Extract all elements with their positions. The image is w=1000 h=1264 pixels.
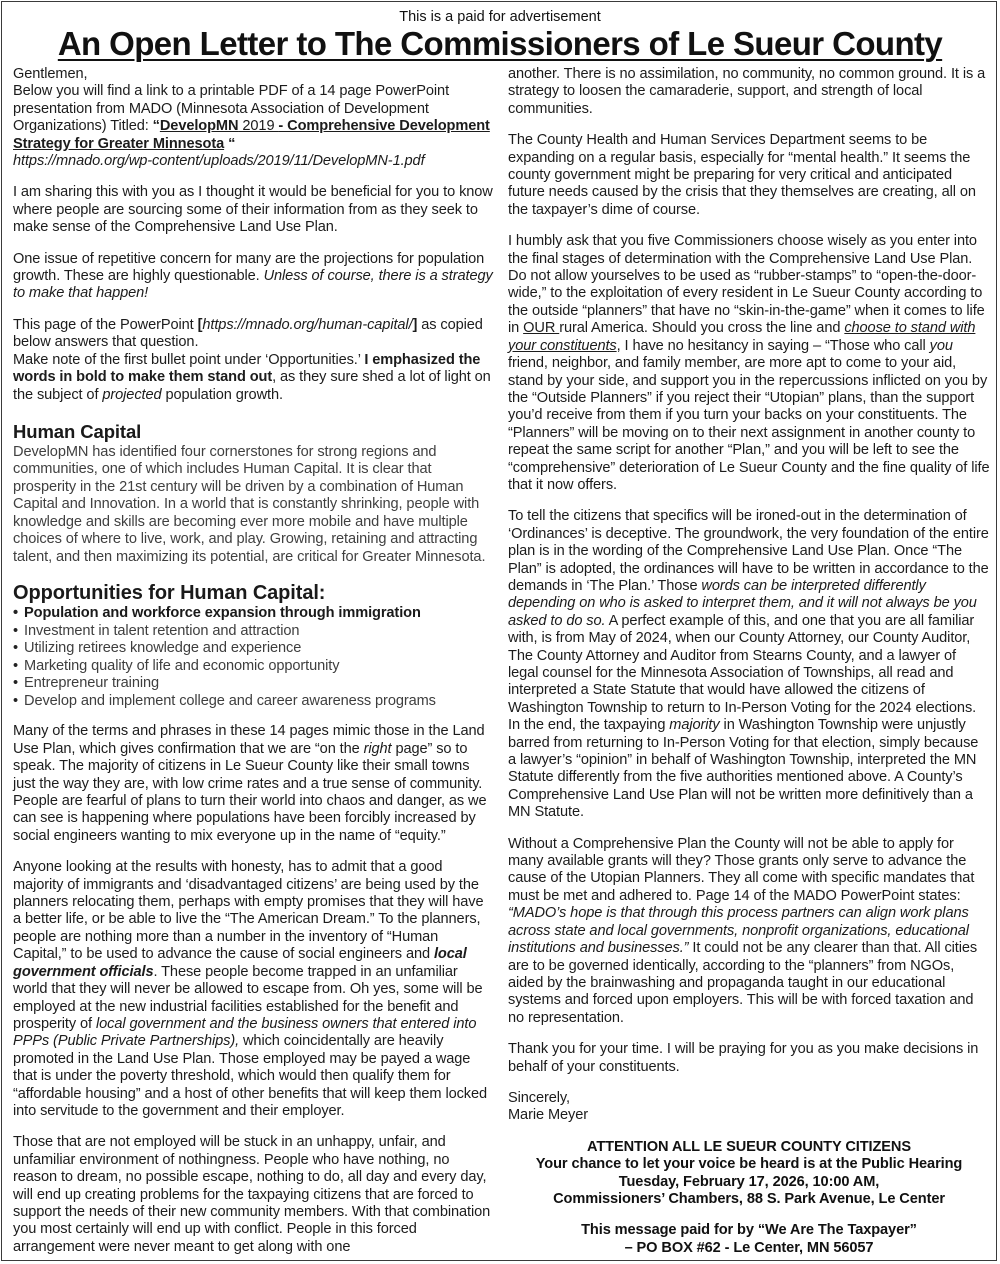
thank-you-paragraph: Thank you for your time. I will be prayi…	[508, 1041, 990, 1076]
human-capital-quote: DevelopMN has identified four cornerston…	[13, 444, 493, 567]
humbly-ask-paragraph: I humbly ask that you five Commissioners…	[508, 233, 990, 494]
page-title: An Open Letter to The Commissioners of L…	[0, 25, 1000, 63]
po-box-line: – PO BOX #62 - Le Center, MN 56057	[625, 1240, 874, 1256]
presentation-title-link[interactable]: DevelopMN	[160, 118, 239, 134]
sharing-paragraph: I am sharing this with you as I thought …	[13, 184, 493, 236]
intro-paragraph: Below you will find a link to a printabl…	[13, 83, 493, 170]
immigrants-paragraph: Anyone looking at the results with hones…	[13, 859, 493, 1120]
grants-paragraph: Without a Comprehensive Plan the County …	[508, 836, 990, 1027]
opportunities-list: Population and workforce expansion throu…	[13, 605, 493, 710]
list-item: Investment in talent retention and attra…	[13, 623, 493, 641]
human-capital-heading: Human Capital	[13, 422, 493, 442]
no-assimilation-paragraph: another. There is no assimilation, no co…	[508, 66, 990, 118]
paid-advertisement-label: This is a paid for advertisement	[0, 9, 1000, 25]
human-capital-url-link[interactable]: https://mnado.org/human-capital/	[202, 317, 412, 333]
list-item: Population and workforce expansion throu…	[13, 605, 493, 623]
signature: Marie Meyer	[508, 1107, 990, 1124]
not-employed-paragraph: Those that are not employed will be stuc…	[13, 1134, 493, 1256]
terms-mimic-paragraph: Many of the terms and phrases in these 1…	[13, 723, 493, 845]
health-services-paragraph: The County Health and Human Services Dep…	[508, 132, 990, 219]
powerpoint-page-paragraph: This page of the PowerPoint [https://mna…	[13, 317, 493, 404]
notice-line: Your chance to let your voice be heard i…	[536, 1156, 963, 1172]
closing: Sincerely,	[508, 1090, 990, 1107]
hearing-datetime: Tuesday, February 17, 2026, 10:00 AM,	[619, 1174, 879, 1190]
notice-heading: ATTENTION ALL LE SUEUR COUNTY CITIZENS	[587, 1139, 911, 1155]
hearing-location: Commissioners’ Chambers, 88 S. Park Aven…	[553, 1191, 945, 1207]
list-item: Entrepreneur training	[13, 675, 493, 693]
list-item: Utilizing retirees knowledge and experie…	[13, 640, 493, 658]
title-text: An Open Letter to The Commissioners of L…	[58, 25, 942, 62]
list-item: Develop and implement college and career…	[13, 693, 493, 711]
opportunities-heading: Opportunities for Human Capital:	[13, 582, 493, 604]
paid-by-line: This message paid for by “We Are The Tax…	[581, 1222, 917, 1238]
pdf-url-link[interactable]: https://mnado.org/wp-content/uploads/201…	[13, 153, 425, 169]
left-column: Gentlemen, Below you will find a link to…	[13, 66, 493, 1264]
population-concern-paragraph: One issue of repetitive concern for many…	[13, 251, 493, 303]
right-column: another. There is no assimilation, no co…	[508, 66, 990, 1264]
salutation: Gentlemen,	[13, 66, 493, 83]
public-hearing-notice: ATTENTION ALL LE SUEUR COUNTY CITIZENS Y…	[508, 1139, 990, 1257]
list-item: Marketing quality of life and economic o…	[13, 658, 493, 676]
ordinances-paragraph: To tell the citizens that specifics will…	[508, 508, 990, 821]
